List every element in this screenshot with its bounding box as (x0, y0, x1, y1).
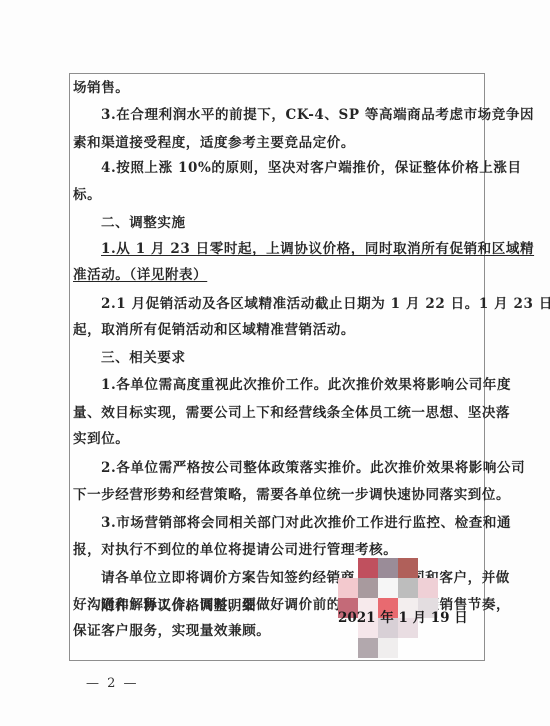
mosaic-cell (378, 578, 398, 598)
document-line: 标。 (73, 187, 101, 203)
mosaic-cell (358, 578, 378, 598)
mosaic-cell (398, 578, 418, 598)
mosaic-cell (358, 638, 378, 658)
mosaic-cell (378, 558, 398, 578)
document-line: 实到位。 (73, 431, 129, 447)
document-line: 量、效目标实现，需要公司上下和经营线条全体员工统一思想、坚决落 (73, 405, 510, 421)
document-line: 保证客户服务，实现量效兼顾。 (73, 623, 270, 639)
page-number: — 2 — (86, 676, 139, 691)
document-line: 起，取消所有促销活动和区域精准营销活动。 (73, 322, 355, 338)
document-line: 素和渠道接受程度，适度参考主要竞品定价。 (73, 135, 355, 151)
document-line: 请各单位立即将调价方案告知签约经销商、石油公司和客户，并做 (101, 570, 510, 586)
document-line: 3.市场营销部将会同相关部门对此次推价工作进行监控、检查和通 (101, 515, 511, 531)
document-line: 场销售。 (73, 80, 129, 96)
document-line: 4.按照上涨 10%的原则，坚决对客户端推价，保证整体价格上涨目 (101, 160, 522, 176)
mosaic-cell (358, 558, 378, 578)
attachment-note: 附件：协议价格调整明细 (101, 598, 256, 614)
mosaic-cell (378, 638, 398, 658)
document-line: 下一步经营形势和经营策略，需要各单位统一步调快速协同落实到位。 (73, 487, 510, 503)
document-line: 3.在合理利润水平的前提下，CK-4、SP 等高端商品考虑市场竞争因 (101, 107, 534, 123)
document-line: 2.各单位需严格按公司整体政策落实推价。此次推价效果将影响公司 (101, 460, 525, 476)
document-line: 三、相关要求 (101, 350, 186, 366)
mosaic-cell (398, 558, 418, 578)
document-date: 2021 年 1 月 19 日 (338, 606, 468, 626)
document-line: 准活动。（详见附表） (73, 267, 207, 283)
mosaic-cell (338, 578, 358, 598)
document-line: 1.从 1 月 23 日零时起，上调协议价格，同时取消所有促销和区域精 (101, 241, 534, 257)
document-line: 2.1 月促销活动及各区域精准活动截止日期为 1 月 22 日。1 月 23 日 (101, 296, 550, 312)
mosaic-cell (418, 578, 438, 598)
document-line: 报，对执行不到位的单位将提请公司进行管理考核。 (73, 542, 397, 558)
document-line: 二、调整实施 (101, 215, 186, 231)
document-line: 1.各单位需高度重视此次推价工作。此次推价效果将影响公司年度 (101, 377, 511, 393)
